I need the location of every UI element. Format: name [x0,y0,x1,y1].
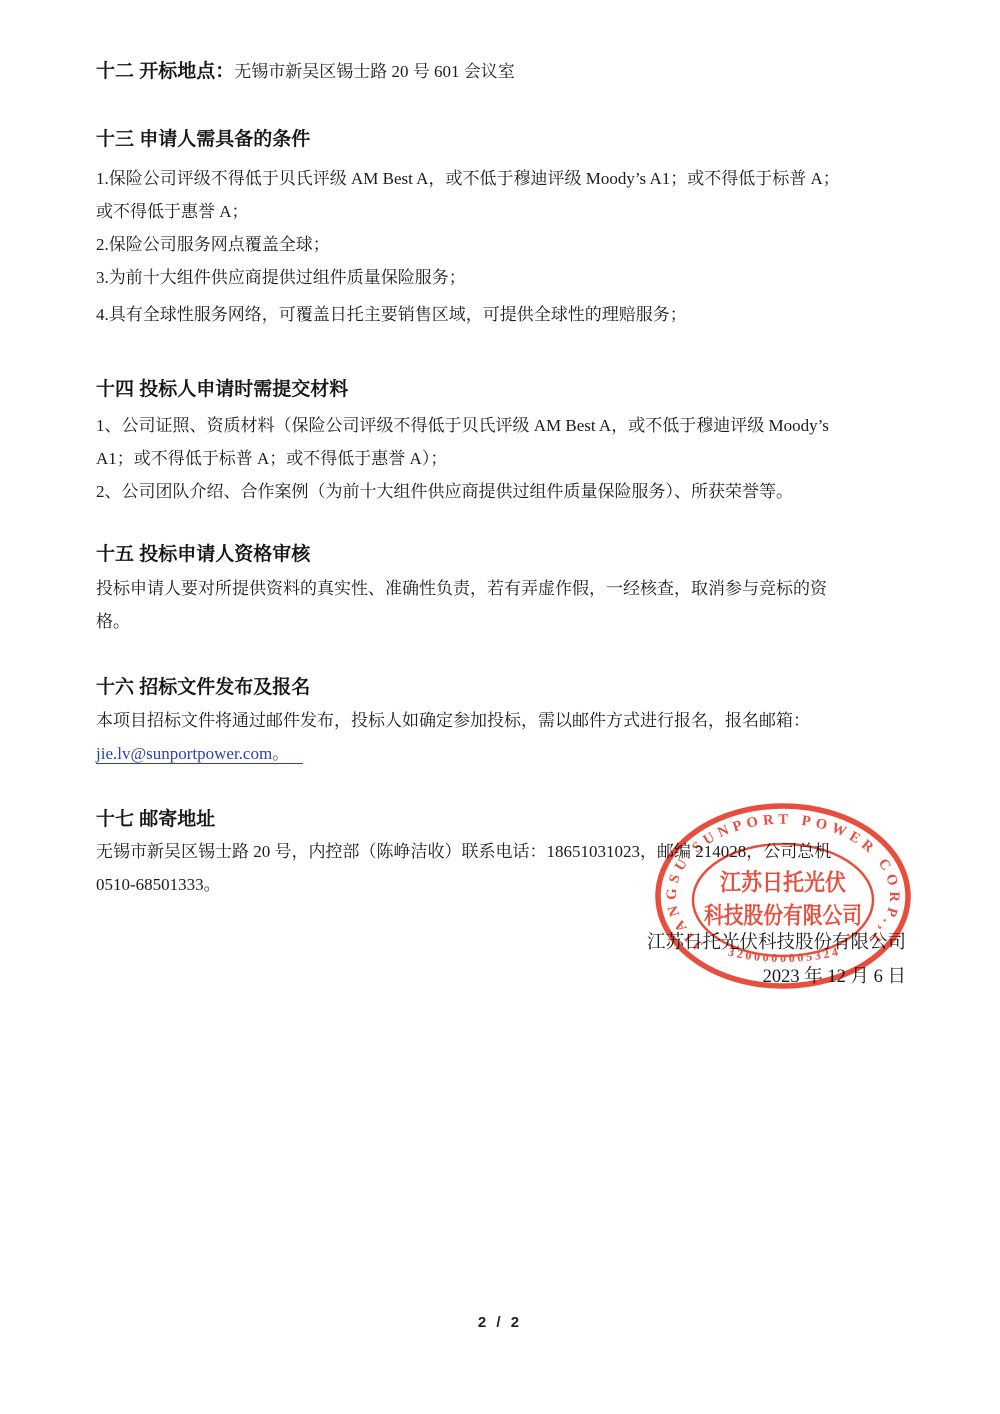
list-item: 4.具有全球性服务网络，可覆盖日托主要销售区域，可提供全球性的理赔服务； [96,298,911,331]
paragraph-line: 1、公司证照、资质材料（保险公司评级不得低于贝氏评级 AM Best A，或不低… [96,409,911,442]
list-item: 3.为前十大组件供应商提供过组件质量保险服务； [96,261,911,294]
stamp-serial-number: 3200000005324 [727,945,839,965]
section-12: 十二 开标地点：无锡市新吴区锡士路 20 号 601 会议室 [96,55,911,88]
document-page: 十二 开标地点：无锡市新吴区锡士路 20 号 601 会议室 十三 申请人需具备… [0,0,1000,1414]
paragraph-line: 或不得低于惠誉 A； [96,195,911,228]
section-12-heading: 十二 开标地点： [96,61,234,82]
signup-email-link[interactable]: jie.lv@sunportpower.com。 [96,744,303,764]
section-15-body: 投标申请人要对所提供资料的真实性、准确性负责，若有弄虚作假，一经核查，取消参与竞… [96,572,911,638]
section-16-body: 本项目招标文件将通过邮件发布，投标人如确定参加投标，需以邮件方式进行报名，报名邮… [96,704,911,770]
section-14-heading: 十四 投标人申请时需提交材料 [96,377,911,403]
email-line: jie.lv@sunportpower.com。 [96,737,911,770]
section-15-heading: 十五 投标申请人资格审核 [96,542,911,568]
section-16-heading: 十六 招标文件发布及报名 [96,675,911,701]
stamp-inner-ring [693,844,873,956]
section-13-heading: 十三 申请人需具备的条件 [96,127,911,153]
section-13-body: 1.保险公司评级不得低于贝氏评级 AM Best A，或不低于穆迪评级 Mood… [96,162,911,331]
list-item: 2.保险公司服务网点覆盖全球； [96,228,911,261]
stamp-company-line2: 科技股份有限公司 [704,902,862,928]
list-item: 2、公司团队介绍、合作案例（为前十大组件供应商提供过组件质量保险服务）、所获荣誉… [96,475,911,508]
paragraph-line: 1.保险公司评级不得低于贝氏评级 AM Best A，或不低于穆迪评级 Mood… [96,162,911,195]
section-12-text: 无锡市新吴区锡士路 20 号 601 会议室 [234,62,515,81]
paragraph-line: A1；或不得低于标普 A；或不得低于惠誉 A）； [96,442,911,475]
paragraph-line: 投标申请人要对所提供资料的真实性、准确性负责，若有弄虚作假，一经核查，取消参与竞… [96,572,911,605]
company-stamp: JIANGSU SUNPORT POWER CORP.,LTD. 江苏日托光伏 … [652,801,914,997]
stamp-company-line1: 江苏日托光伏 [720,869,846,895]
section-14-body: 1、公司证照、资质材料（保险公司评级不得低于贝氏评级 AM Best A，或不低… [96,409,911,508]
page-number: 2 / 2 [0,1314,1000,1331]
paragraph-line: 格。 [96,605,911,638]
paragraph-line: 本项目招标文件将通过邮件发布，投标人如确定参加投标，需以邮件方式进行报名，报名邮… [96,704,911,737]
